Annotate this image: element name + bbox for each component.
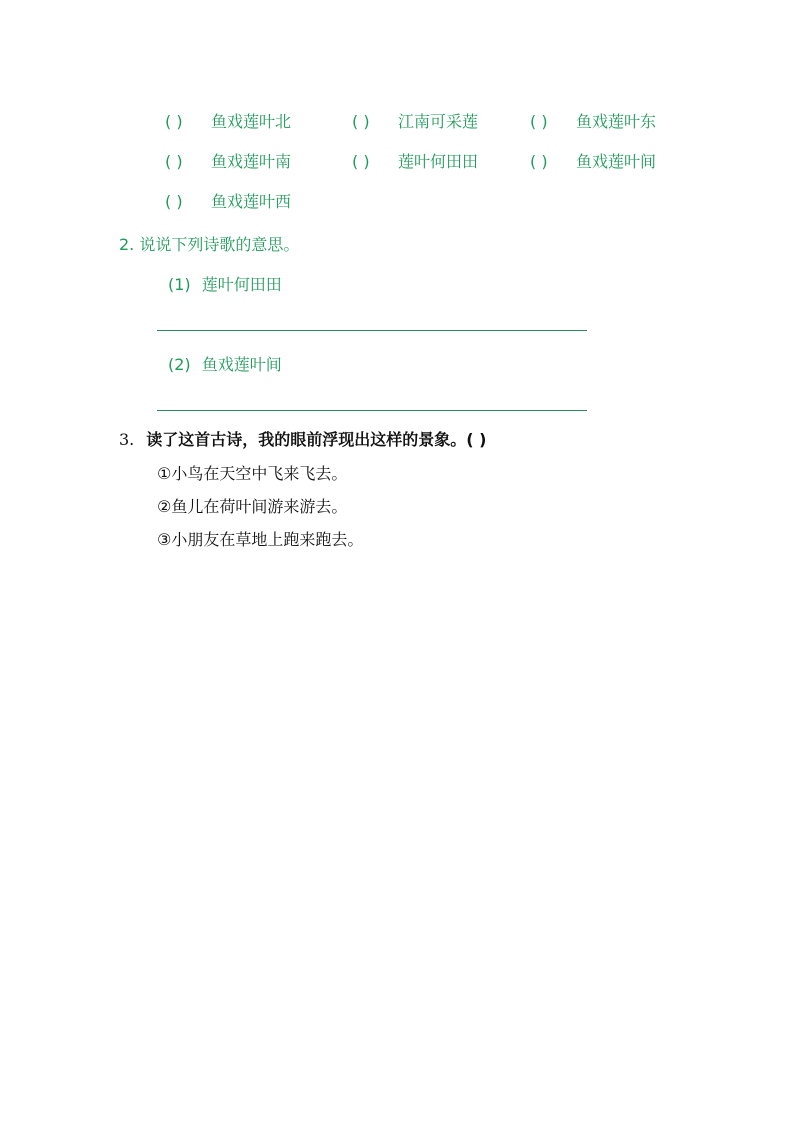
q2-item-2: (2) 鱼戏莲叶间 [168,352,282,375]
choice-1: ①小鸟在天空中飞来飞去。 [157,461,347,484]
choice-3: ③小朋友在草地上跑来跑去。 [157,527,363,550]
option-2: ( )江南可采莲 [352,112,478,132]
answer-blank[interactable]: ( ) [165,112,211,132]
option-text: 江南可采莲 [398,112,478,131]
option-text: 鱼戏莲叶南 [211,152,291,171]
option-text: 鱼戏莲叶东 [576,112,656,131]
answer-blank[interactable]: ( ) [352,152,398,172]
question-text: 读了这首古诗，我的眼前浮现出这样的景象。( ) [146,430,486,449]
item-text: 鱼戏莲叶间 [202,355,282,374]
option-text: 鱼戏莲叶西 [211,192,291,211]
answer-line-1[interactable] [157,330,587,331]
answer-blank[interactable]: ( ) [165,192,211,212]
option-text: 莲叶何田田 [398,152,478,171]
answer-blank[interactable]: ( ) [530,152,576,172]
option-text: 鱼戏莲叶北 [211,112,291,131]
question-3-title: 3.读了这首古诗，我的眼前浮现出这样的景象。( ) [119,427,486,450]
option-6: ( )鱼戏莲叶间 [530,152,656,172]
answer-blank[interactable]: ( ) [352,112,398,132]
item-text: 莲叶何田田 [202,275,282,294]
answer-blank[interactable]: ( ) [165,152,211,172]
option-1: ( )鱼戏莲叶北 [165,112,291,132]
question-2-title: 2. 说说下列诗歌的意思。 [119,232,299,255]
question-number: 3. [119,430,134,449]
answer-line-2[interactable] [157,410,587,411]
answer-blank[interactable]: ( ) [530,112,576,132]
choice-2: ②鱼儿在荷叶间游来游去。 [157,494,347,517]
option-7: ( )鱼戏莲叶西 [165,192,291,212]
item-label: (2) [168,355,191,374]
q2-item-1: (1) 莲叶何田田 [168,272,282,295]
option-text: 鱼戏莲叶间 [576,152,656,171]
option-4: ( )鱼戏莲叶南 [165,152,291,172]
item-label: (1) [168,275,191,294]
option-3: ( )鱼戏莲叶东 [530,112,656,132]
option-5: ( )莲叶何田田 [352,152,478,172]
